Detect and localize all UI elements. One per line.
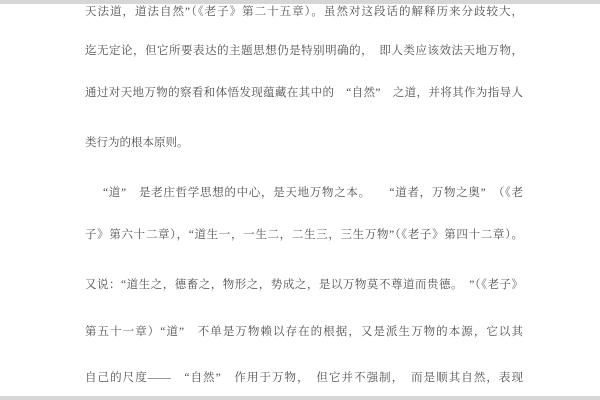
text-line: 子》第六十二章），“道生一，一生二，二生三，三生万物”（《老子》第四十二章）。 <box>85 227 523 244</box>
text-line: 又说：“道生之，德畜之，物形之，势成之，是以万物莫不尊道而贵德。 ”（《老子》 <box>85 277 523 294</box>
text-line: “道” 是老庄哲学思想的中心，是天地万物之本。 “道者，万物之奥” （《老 <box>85 185 523 202</box>
text-line: 通过对天地万物的察看和体悟发现蕴藏在其中的 “自然” 之道，并将其作为指导人 <box>85 85 523 102</box>
text-line: 第五十一章）“道” 不单是万物赖以存在的根据，又是派生万物的本源，它以其 <box>85 324 523 341</box>
page-bottom-edge-bar <box>0 396 600 400</box>
text-line: 类行为的根本原则。 <box>85 135 523 152</box>
text-line: 自己的尺度—— “自然” 作用于万物， 但它并不强制， 而是顺其自然，表现出 “… <box>85 370 523 387</box>
text-line: 天法道，道法自然”（《老子》第二十五章）。虽然对这段话的解释历来分歧较大， <box>85 4 523 21</box>
document-page: 天法道，道法自然”（《老子》第二十五章）。虽然对这段话的解释历来分歧较大， 迄无… <box>0 0 600 400</box>
text-line: 迄无定论，但它所要表达的主题思想仍是特别明确的， 即人类应该效法天地万物， <box>85 43 523 60</box>
